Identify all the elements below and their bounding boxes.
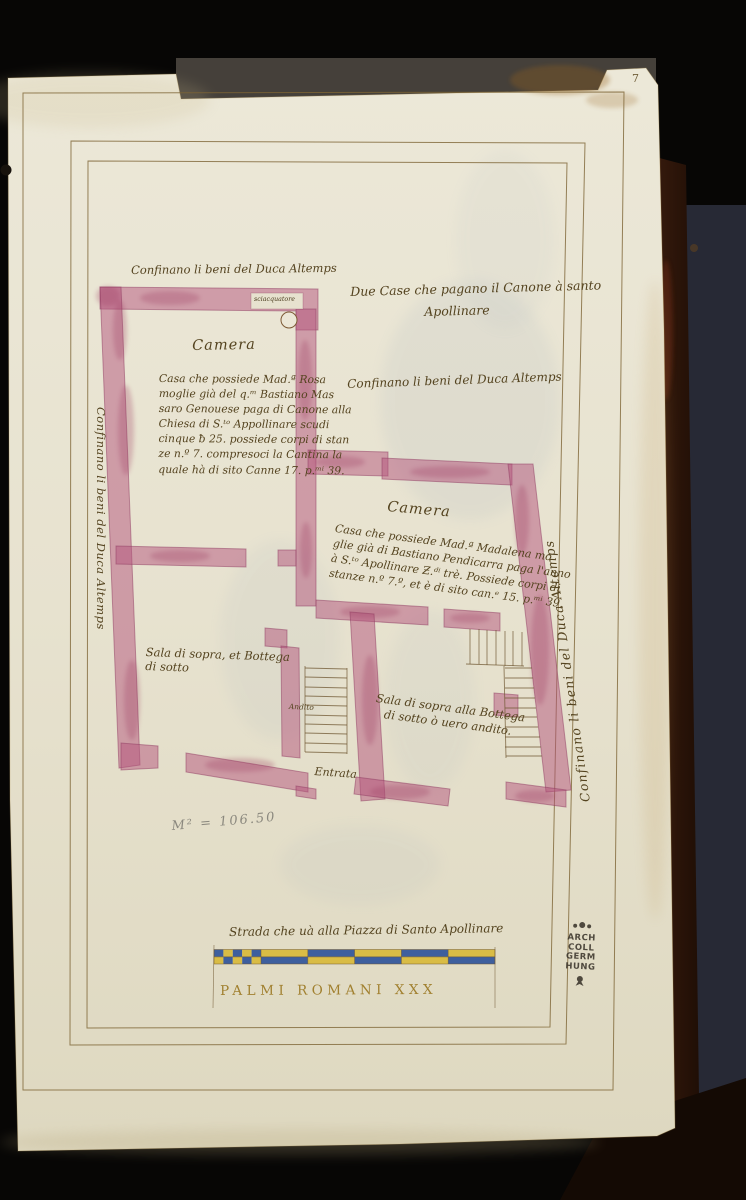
boundary-label-top-left: Confinano li beni del Duca Altemps (131, 261, 337, 277)
folio-number: 7 (632, 72, 639, 85)
sink-label: sciacquatore (254, 296, 295, 303)
andito-label: Andito (289, 702, 314, 712)
note-line: saro Genouese paga di Canone alla (159, 401, 352, 417)
archive-stamp: ARCH COLL GERM HUNG (559, 914, 602, 992)
note-line: Chiesa di S.ᵗᵒ Appollinare scudi (159, 416, 352, 432)
scale-caption: PALMI ROMANI XXX (220, 982, 437, 999)
wall-house1-left-foot (121, 743, 158, 770)
note-line: quale hà di sito Canne 17. p.ᵐⁱ 39. (158, 462, 351, 478)
plan-title-line2: Apollinare (424, 302, 490, 319)
stamp-ornament-bottom (562, 974, 598, 988)
note-line: Casa che possiede Mad.ª Rosa (159, 371, 352, 387)
manuscript-photo: Confinano li beni del Duca Altemps Due C… (0, 0, 746, 1200)
wall-house1-internal-stub (278, 550, 296, 566)
sala-left-label: Sala di sopra, et Bottega di sotto (145, 645, 290, 678)
house-left-note: Casa che possiede Mad.ª Rosa moglie già … (158, 371, 352, 478)
wall-andito-pilaster (265, 628, 287, 648)
manuscript-artwork (0, 0, 746, 1200)
note-line: moglie già del q.ᵐ Bastiano Mas (159, 386, 352, 402)
well-circle (281, 312, 297, 328)
note-line: cinque ƀ 25. possiede corpi di stan (158, 431, 351, 447)
room-label-camera-left: Camera (192, 337, 256, 354)
stamp-text-line: HUNG (560, 962, 600, 973)
boundary-label-left-vertical: Confinano li beni del Duca Altemps (94, 407, 108, 630)
stamp-ornament-top (564, 919, 600, 931)
note-line: ze n.º 7. compresoci la Cantina la (158, 446, 351, 462)
